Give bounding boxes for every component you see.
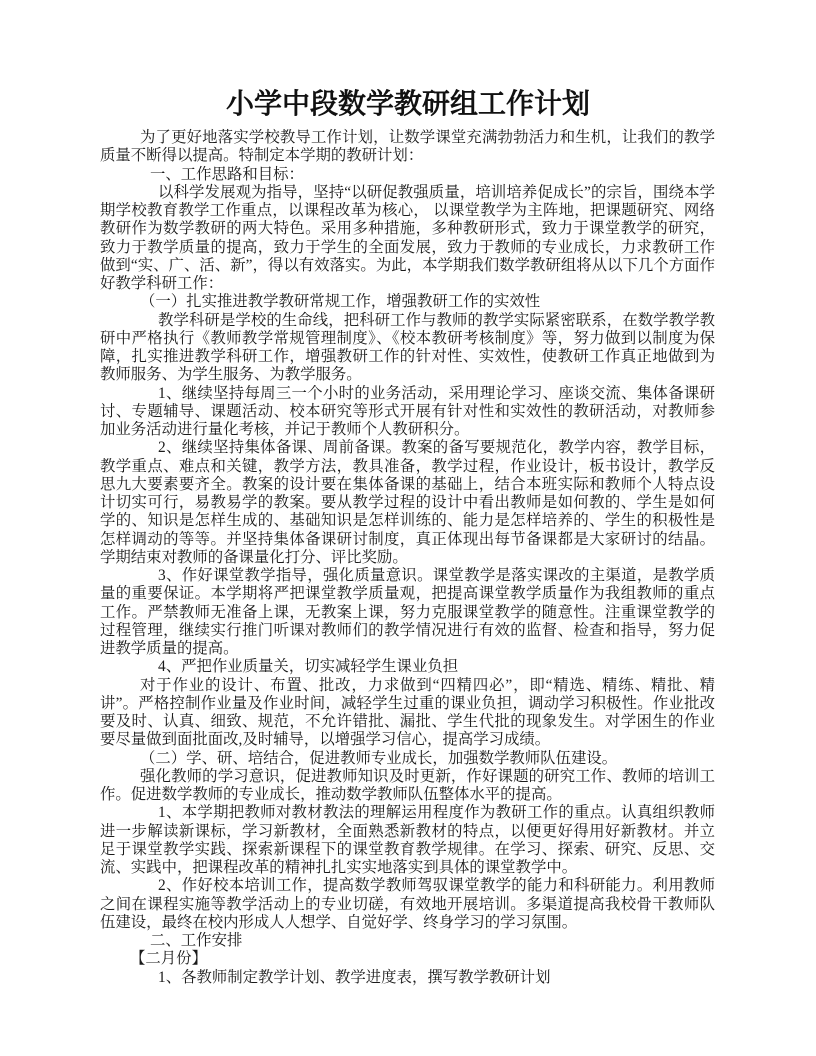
document-body: 为了更好地落实学校教导工作计划，让数学课堂充满勃勃活力和生机，让我们的教学质量不…: [100, 129, 715, 987]
subsection-heading-2: （二）学、研、培结合，促进教师专业成长，加强数学教师队伍建设。: [100, 750, 715, 768]
document-title: 小学中段数学教研组工作计划: [0, 86, 816, 124]
section-heading-2: 二、工作安排: [100, 932, 715, 950]
paragraph-homework-detail: 对于作业的设计、布置、批改，力求做到“四精四必”，即“精选、精练、精批、精讲”。…: [100, 677, 715, 750]
paragraph-research-routine: 教学科研是学校的生命线，把科研工作与教师的教学实际紧密联系，在数学教学教研中严格…: [100, 312, 715, 385]
section-heading-1: 一、工作思路和目标：: [100, 166, 715, 184]
list-item-2-lesson-prep: 2、继续坚持集体备课、周前备课。教案的备写要规范化，教学内容，教学目标，教学重点…: [100, 439, 715, 567]
list-item-february-task-1: 1、各教师制定教学计划、教学进度表，撰写教学教研计划: [100, 969, 715, 987]
list-item-1-weekly-activity: 1、继续坚持每周三一个小时的业务活动，采用理论学习、座谈交流、集体备课研讨、专题…: [100, 385, 715, 440]
subsection-heading-1: （一）扎实推进教学教研常规工作，增强教研工作的实效性: [100, 293, 715, 311]
paragraph-intro: 为了更好地落实学校教导工作计划，让数学课堂充满勃勃活力和生机，让我们的教学质量不…: [100, 129, 715, 166]
list-item-2-school-training: 2、作好校本培训工作，提高数学教师驾驭课堂教学的能力和科研能力。利用教师之间在课…: [100, 877, 715, 932]
list-item-4-homework-quality: 4、严把作业质量关，切实减轻学生课业负担: [100, 658, 715, 676]
document-page: 小学中段数学教研组工作计划 为了更好地落实学校教导工作计划，让数学课堂充满勃勃活…: [0, 0, 816, 1056]
paragraph-guiding-principle: 以科学发展观为指导，坚持“以研促教强质量，培训培养促成长”的宗旨，围绕本学期学校…: [100, 184, 715, 294]
list-item-3-classroom-guidance: 3、作好课堂教学指导，强化质量意识。课堂教学是落实课改的主渠道，是教学质量的重要…: [100, 567, 715, 658]
month-marker-february: 【二月份】: [100, 950, 715, 968]
list-item-1-textbook-study: 1、本学期把教师对教材教法的理解运用程度作为教研工作的重点。认真组织教师进一步解…: [100, 804, 715, 877]
paragraph-teacher-growth: 强化教师的学习意识，促进教师知识及时更新，作好课题的研究工作、教师的培训工作。促…: [100, 768, 715, 805]
